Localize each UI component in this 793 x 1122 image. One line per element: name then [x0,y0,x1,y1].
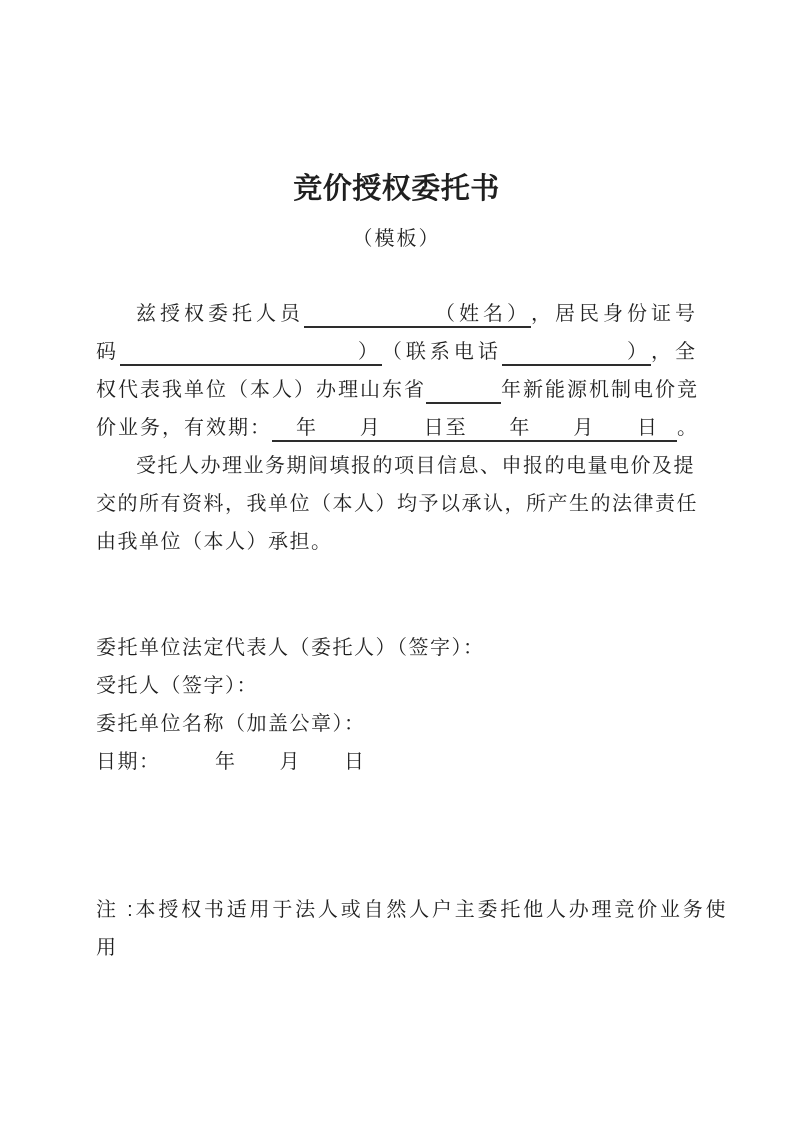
text-run: 受托人办理业务期间填报的项目信息、申报的电量电价及提 [136,452,695,480]
body-line-3: 权代表我单位（本人）办理山东省 年新能源机制电价竞 [96,376,699,404]
body-line-5: 受托人办理业务期间填报的项目信息、申报的电量电价及提 [96,452,699,480]
authorization-paragraph: 兹授权委托人员 （姓名） ，居民身份证号 码 ） （联系电话 ） ，全 权代表我… [96,300,699,566]
body-line-2: 码 ） （联系电话 ） ，全 [96,338,699,366]
text-run: 由我单位（本人）承担。 [96,528,333,556]
footnote-line-1: 注 :本授权书适用于法人或自然人户主委托他人办理竞价业务使 [96,896,793,924]
text-run: 交的所有资料，我单位（本人）均予以承认，所产生的法律责任 [96,490,698,518]
text-run: 价业务，有效期： [96,414,272,442]
text-run: 权代表我单位（本人）办理山东省 [96,376,426,404]
text-run: 兹授权委托人员 [136,300,304,328]
date-token-month: 月 [573,414,595,440]
underlined-text-close-paren: ） [627,338,651,366]
date-token-year: 年 [296,414,318,440]
document-title: 竞价授权委托书 [0,171,793,207]
date-token-year: 年 [509,414,531,440]
company-seal-line: 委托单位名称（加盖公章）： [96,710,699,738]
body-line-1: 兹授权委托人员 （姓名） ，居民身份证号 [96,300,699,328]
date-token-month: 月 [360,414,382,440]
paragraph-indent [96,300,136,328]
text-run: ，全 [651,338,699,366]
text-run: 。 [677,414,699,442]
id-number-blank-underline [120,338,358,366]
text-run: （联系电话 [382,338,502,366]
body-line-7: 由我单位（本人）承担。 [96,528,699,556]
paragraph-indent [96,452,136,480]
body-line-6: 交的所有资料，我单位（本人）均予以承认，所产生的法律责任 [96,490,699,518]
underlined-text-close-paren: ） [358,338,382,366]
date-token-day-to: 日至 [424,414,468,440]
date-line: 日期： 年 月 日 [96,748,699,776]
phone-blank-underline [502,338,627,366]
footnote: 注 :本授权书适用于法人或自然人户主委托他人办理竞价业务使 用 [96,896,793,972]
underlined-text-name: （姓名） [435,300,531,328]
text-run: ，居民身份证号 [531,300,699,328]
trustee-signature-line: 受托人（签字）： [96,672,699,700]
body-line-4: 价业务，有效期： 年 月 日至 年 月 日 。 [96,414,699,442]
footnote-line-2: 用 [96,934,793,962]
year-blank-underline [426,376,501,404]
text-run: 码 [96,338,120,366]
date-token-day: 日 [637,414,659,440]
representative-signature-line: 委托单位法定代表人（委托人）（签字）： [96,634,699,662]
document-page: 竞价授权委托书 （模板） 兹授权委托人员 （姓名） ，居民身份证号 码 ） （联… [0,0,793,1122]
validity-period-underline: 年 月 日至 年 月 日 [272,414,677,442]
text-run: 年新能源机制电价竞 [501,376,699,404]
name-blank-underline [304,300,435,328]
signature-block: 委托单位法定代表人（委托人）（签字）： 受托人（签字）： 委托单位名称（加盖公章… [96,634,699,786]
document-subtitle: （模板） [0,224,793,254]
